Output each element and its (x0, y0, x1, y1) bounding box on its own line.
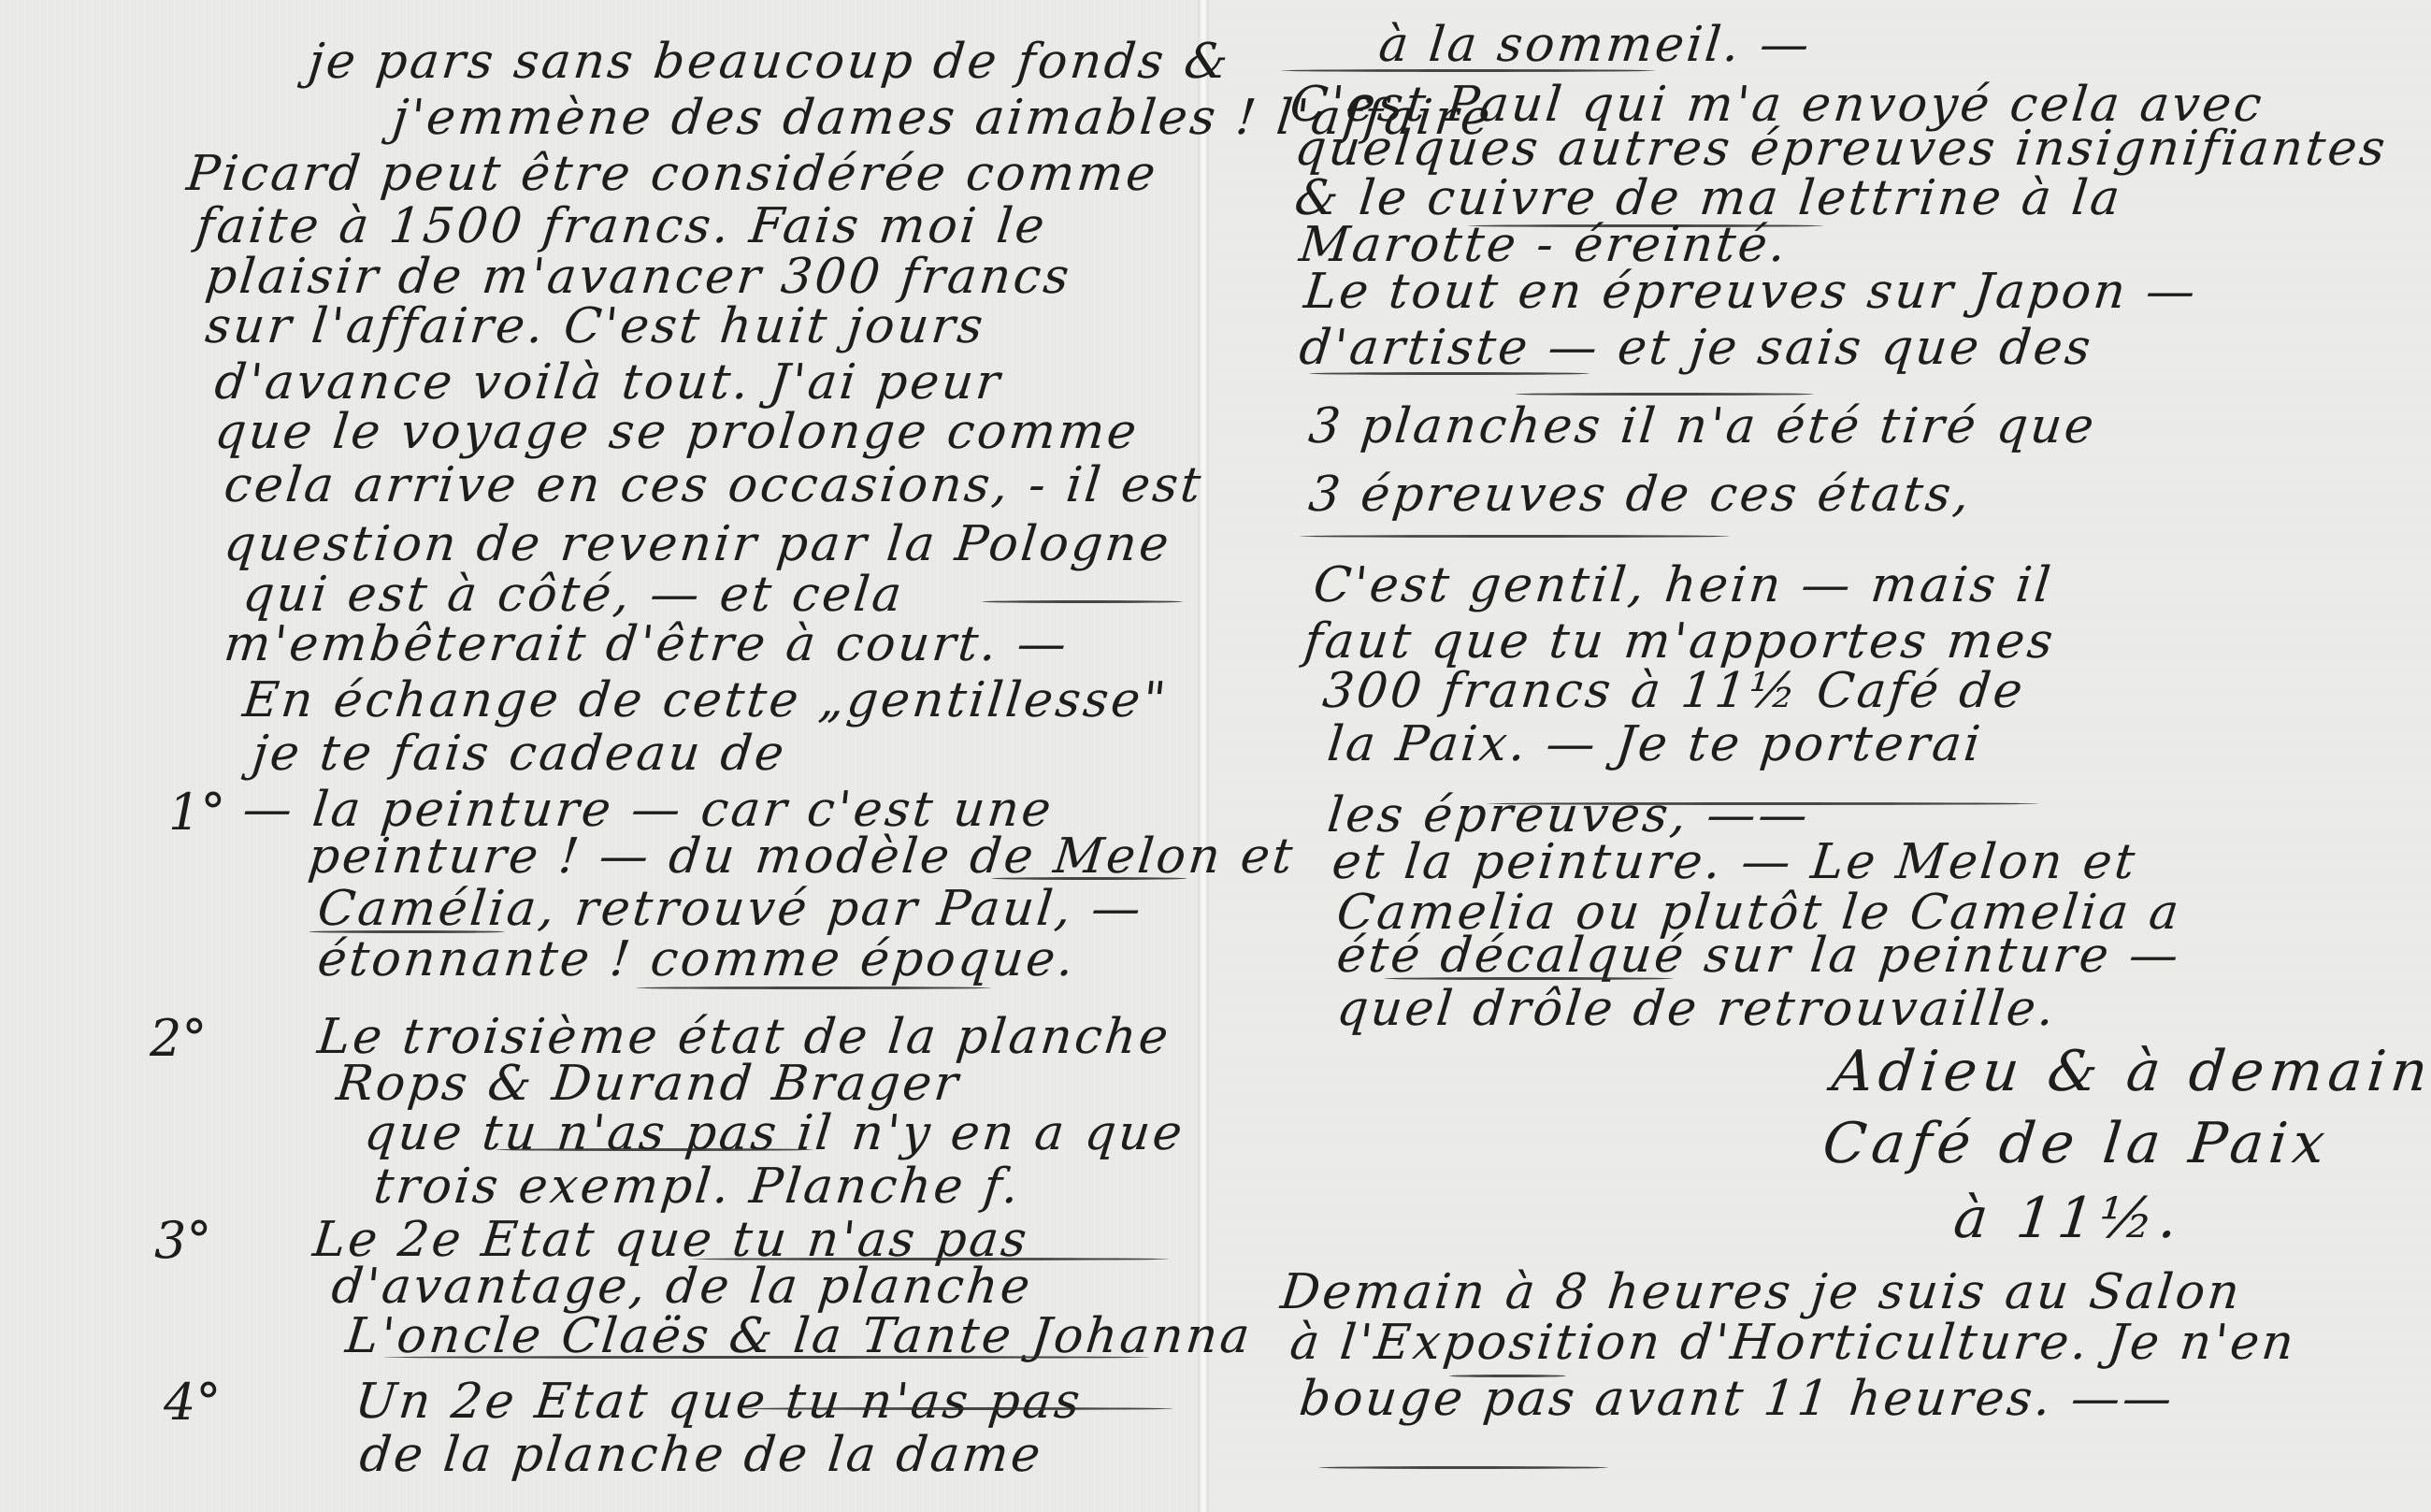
underline-stroke (496, 1148, 813, 1151)
left-line: d'avance voilà tout. J'ai peur (212, 358, 1004, 407)
right-line: les épreuves, —— (1325, 791, 1812, 840)
right-line: 3 épreuves de ces états, (1306, 470, 1974, 519)
flourish-stroke (982, 600, 1183, 603)
flourish-stroke (1515, 393, 1814, 396)
postscript-line: Demain à 8 heures je suis au Salon (1278, 1268, 2244, 1317)
underline-stroke (383, 1356, 1150, 1359)
item-line: trois exempl. Planche f. (371, 1162, 1023, 1211)
item-line: d'avantage, de la planche (329, 1262, 1034, 1311)
left-line: je pars sans beaucoup de fonds & (306, 37, 1232, 86)
left-line: que le voyage se prolonge comme (212, 408, 1141, 456)
signoff-line: Adieu & à demain (1830, 1044, 2431, 1100)
underline-stroke (991, 877, 1187, 880)
item-line: L'oncle Claës & la Tante Johanna (343, 1312, 1254, 1361)
item-number: 3° (154, 1216, 211, 1266)
right-line: à la sommeil. — (1376, 21, 1814, 69)
right-line: d'artiste — et je sais que des (1297, 324, 2095, 372)
left-line: Picard peut être considérée comme (184, 150, 1160, 198)
postscript-line: à l'Exposition d'Horticulture. Je n'en (1287, 1318, 2298, 1367)
right-line: quelques autres épreuves insignifiantes (1292, 124, 2390, 173)
left-line: m'embêterait d'être à court. — (222, 620, 1071, 669)
underline-stroke (1281, 69, 1655, 72)
postscript-line: bouge pas avant 11 heures. —— (1297, 1375, 2177, 1423)
flourish-stroke (1487, 802, 2038, 805)
underline-stroke (636, 986, 991, 989)
item-number: 4° (164, 1377, 221, 1428)
underline-stroke (743, 1407, 1173, 1410)
item-line: — la peinture — car c'est une (240, 785, 1056, 834)
right-line: 3 planches il n'a été tiré que (1306, 402, 2098, 451)
left-line: En échange de cette „gentillesse" (240, 676, 1171, 725)
left-line: qui est à côté, — et cela (240, 570, 906, 619)
left-line: plaisir de m'avancer 300 francs (203, 252, 1073, 301)
left-line: question de revenir par la Pologne (222, 520, 1173, 569)
item-line: de la planche de la dame (357, 1431, 1045, 1479)
item-number: 1° (168, 787, 225, 838)
item-line: Un 2e Etat que tu n'as pas (352, 1377, 1085, 1426)
left-line: je te fais cadeau de (250, 729, 788, 778)
underline-stroke (1384, 977, 1674, 980)
right-line: Le tout en épreuves sur Japon — (1302, 267, 2200, 316)
left-line: faite à 1500 francs. Fais moi le (194, 202, 1049, 251)
signoff-line: à 11½. (1951, 1190, 2186, 1246)
right-line: Marotte - éreinté. (1297, 221, 1791, 269)
item-number: 2° (150, 1014, 207, 1064)
right-line: 300 francs à 11½ Café de (1320, 667, 2027, 715)
signoff-line: Café de la Paix (1820, 1116, 2333, 1172)
underline-stroke (1309, 372, 1589, 375)
right-line: été décalqué sur la peinture — (1334, 931, 2183, 980)
page-fold (1198, 0, 1209, 1512)
right-line: et la peinture. — Le Melon et (1330, 838, 2139, 886)
right-line: la Paix. — Je te porterai (1325, 720, 1985, 769)
right-line: quel drôle de retrouvaille. (1334, 985, 2059, 1033)
item-line: Le troisième état de la planche (315, 1013, 1172, 1061)
closing-flourish (1318, 1466, 1608, 1469)
separator-stroke (1300, 535, 1730, 538)
item-line: peinture ! — du modèle de Melon et (306, 832, 1297, 881)
item-line: Rops & Durand Brager (334, 1059, 963, 1108)
item-line: étonnante ! comme époque. (315, 935, 1078, 984)
left-line: sur l'affaire. C'est huit jours (203, 302, 987, 351)
item-line: Camélia, retrouvé par Paul, — (315, 885, 1145, 933)
right-line: & le cuivre de ma lettrine à la (1292, 174, 2124, 223)
right-line: C'est gentil, hein — mais il (1311, 561, 2055, 610)
left-line: cela arrive en ces occasions, - il est (222, 461, 1205, 510)
right-line: faut que tu m'apportes mes (1302, 617, 2058, 666)
